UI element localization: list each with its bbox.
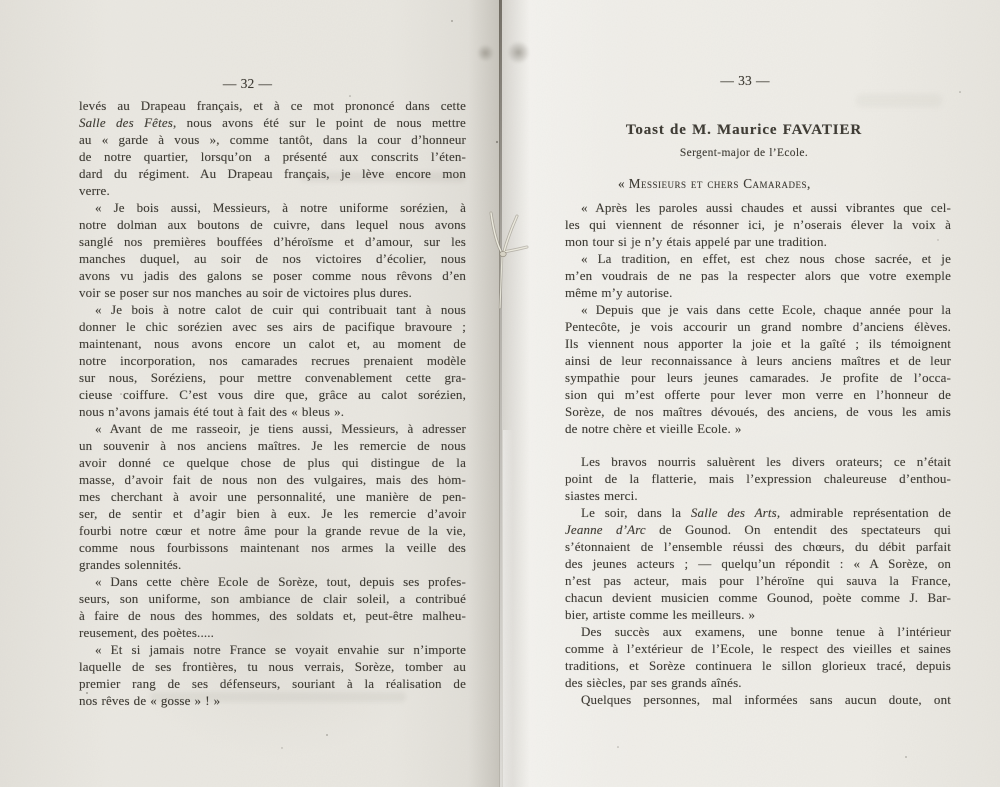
paper-specks [0, 0, 1000, 787]
